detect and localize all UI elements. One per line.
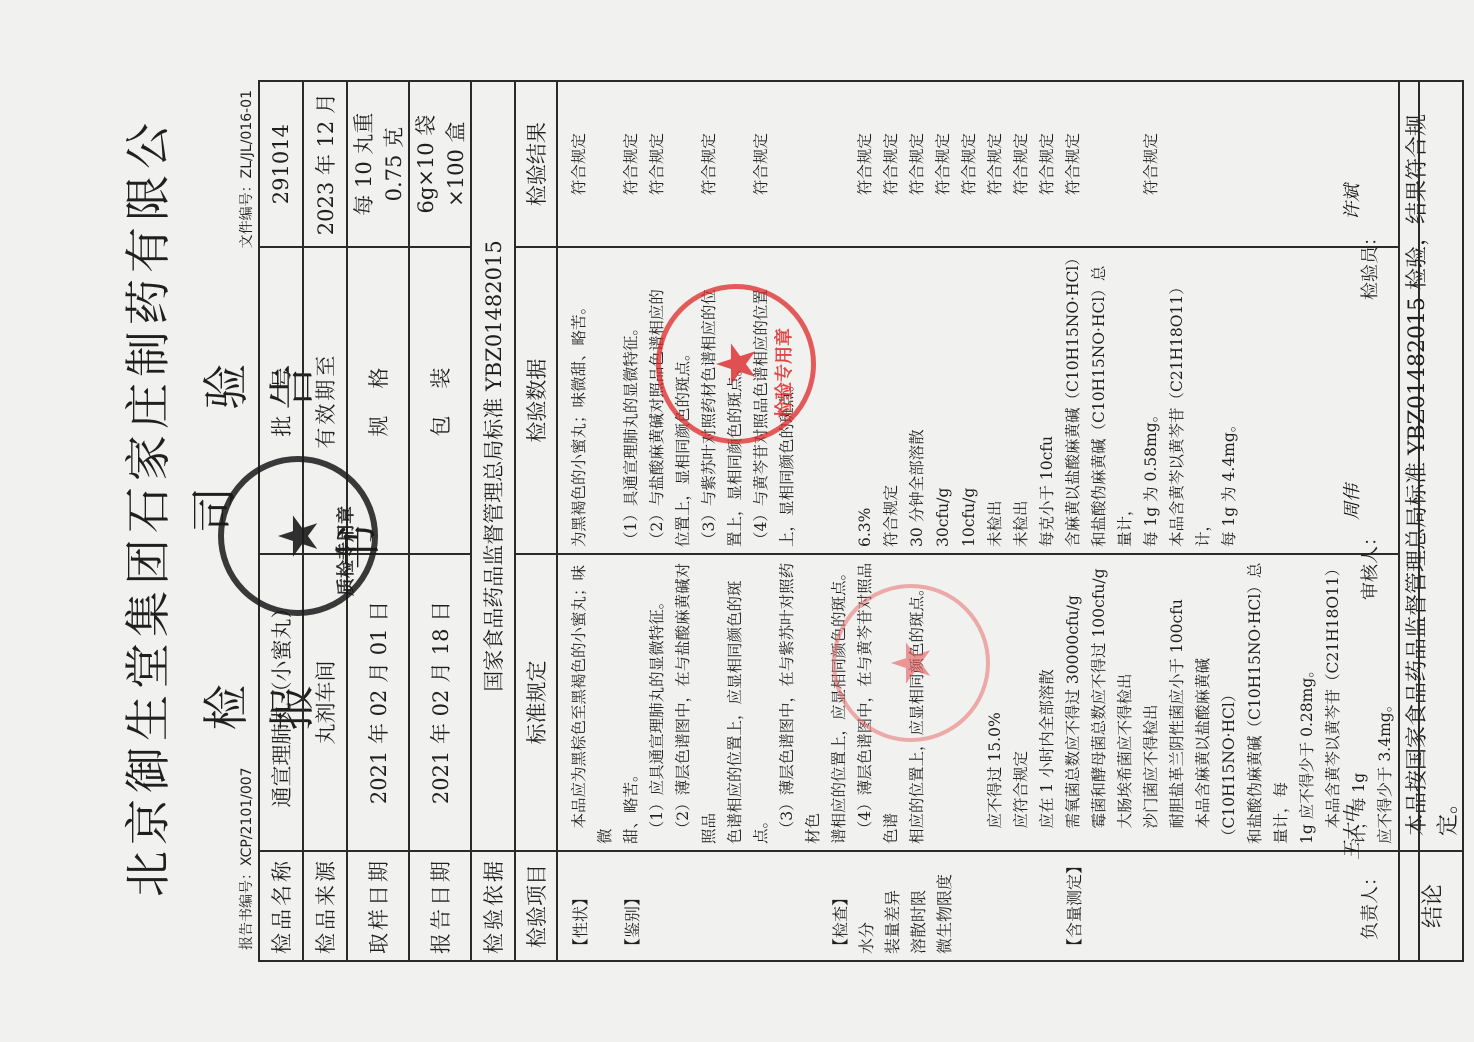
standard-line: 应不得过 15.0% <box>982 561 1008 844</box>
data-line: 每 1g 为 4.4mg。 <box>1216 254 1242 547</box>
data-line: 6.3% <box>852 254 878 547</box>
standard-line: 霉菌和酵母菌总数应不得过 100cfu/g <box>1086 561 1112 844</box>
report-table: 检品名称 通宣理肺丸（小蜜丸） 批 号 291014 检品来源 丸剂车间 有效期… <box>258 80 1464 962</box>
col-header-result: 检验结果 <box>515 81 557 247</box>
report-page: 北京御生堂集团石家庄制药有限公司 检 验 报 告 书 报告书编号：XCP/210… <box>0 0 1474 1042</box>
col-header-item: 检验项目 <box>515 851 557 961</box>
inspection-item <box>724 858 750 954</box>
result-line: 符合规定 <box>878 88 904 240</box>
data-line: 本品含黄芩以黄芩苷（C21H18O11）计， <box>1164 254 1216 547</box>
reviewer-label: 审核人： <box>1356 528 1382 600</box>
detail-row: 【性状】【鉴别】【检查】水分装量差异溶散时限微生物限度【含量测定】 本品应为黑棕… <box>557 81 1399 961</box>
signature-row: 负责人： 王大中 审核人： 周伟 检验员： 许斌 <box>1330 80 1420 962</box>
report-number: 报告书编号：XCP/2101/007 <box>236 767 256 950</box>
label-source: 检品来源 <box>303 851 347 961</box>
standard-line: 本品含麻黄以盐酸麻黄碱（C10H15NO·HCl） <box>1190 561 1242 844</box>
file-number: 文件编号：ZL/JL/016-01 <box>236 90 256 248</box>
value-basis: 国家食品药品监督管理总局标准 YBZ01482015 <box>471 81 515 851</box>
standard-line: （3）薄层色谱图中，在与紫苏叶对照药材色 <box>774 561 826 844</box>
standard-line: 应符合规定 <box>1008 561 1034 844</box>
standard-line: 大肠埃希菌应不得检出 <box>1112 561 1138 844</box>
standard-line: 沙门菌应不得检出 <box>1138 561 1164 844</box>
result-line: 符合规定 <box>852 88 878 240</box>
inspection-item: 【鉴别】 <box>620 858 646 954</box>
col-header-standard: 标准规定 <box>515 554 557 851</box>
result-line <box>1112 88 1138 240</box>
reviewer-signature: 周伟 <box>1338 484 1364 520</box>
standard-line: 和盐酸伪麻黄碱（C10H15NO·HCl）总量计，每 <box>1242 561 1294 844</box>
inspection-item <box>698 858 724 954</box>
result-line <box>722 88 748 240</box>
label-package: 包 装 <box>409 247 471 554</box>
inspection-item <box>802 858 828 954</box>
data-line: 和盐酸伪麻黄碱（C10H15NO·HCl）总量计， <box>1086 254 1138 547</box>
result-line <box>1164 88 1190 240</box>
result-line: 符合规定 <box>930 88 956 240</box>
inspector-signature: 许斌 <box>1338 184 1364 220</box>
quality-seal-label: 质检专用章 <box>332 506 358 596</box>
responsible-label: 负责人： <box>1356 868 1382 940</box>
standard-line: 本品应为黑棕色至黑褐色的小蜜丸；味微 <box>566 561 618 844</box>
value-package: 6g×10 袋×100 盒 <box>409 81 471 247</box>
result-line: 符合规定 <box>1138 88 1164 240</box>
result-line: 符合规定 <box>982 88 1008 240</box>
inspection-item <box>958 858 984 954</box>
data-line: 每 1g 为 0.58mg。 <box>1138 254 1164 547</box>
inspector-label: 检验员： <box>1356 228 1382 300</box>
standard-line: （2）薄层色谱图中，在与盐酸麻黄碱对照品 <box>670 561 722 844</box>
inspection-item: 【含量测定】 <box>1062 858 1088 954</box>
data-line: 30 分钟全部溶散 <box>904 254 930 547</box>
column-headers: 检验项目 标准规定 检验数据 检验结果 <box>515 81 557 961</box>
data-line: 含麻黄以盐酸麻黄碱（C10H15NO·HCl） <box>1060 254 1086 547</box>
standard-line: 1g 应不得少于 0.28mg。 <box>1294 561 1320 844</box>
inspection-item: 水分 <box>854 858 880 954</box>
inspection-item <box>672 858 698 954</box>
inspection-item <box>1010 858 1036 954</box>
data-line <box>592 254 618 547</box>
inspection-item: 装量差异 <box>880 858 906 954</box>
standard-line: 应在 1 小时内全部溶散 <box>1034 561 1060 844</box>
basis-row: 检验依据 国家食品药品监督管理总局标准 YBZ01482015 <box>471 81 515 961</box>
label-basis: 检验依据 <box>471 851 515 961</box>
inspection-items: 【性状】【鉴别】【检查】水分装量差异溶散时限微生物限度【含量测定】 <box>557 851 1399 961</box>
info-row: 报告日期 2021 年 02 月 18 日 包 装 6g×10 袋×100 盒 <box>409 81 471 961</box>
label-product-name: 检品名称 <box>259 851 303 961</box>
data-line: 30cfu/g <box>930 254 956 547</box>
faint-seal-stamp: ★ <box>832 584 990 742</box>
result-line: 符合规定 <box>904 88 930 240</box>
inspection-item: 溶散时限 <box>906 858 932 954</box>
inspection-item: 微生物限度 <box>932 858 958 954</box>
value-spec: 每 10 丸重 0.75 克 <box>347 81 409 247</box>
data-line: 符合规定 <box>878 254 904 547</box>
result-line: 符合规定 <box>748 88 774 240</box>
result-line: 符合规定 <box>618 88 644 240</box>
data-line: 每克小于 10cfu <box>1034 254 1060 547</box>
result-line: 符合规定 <box>696 88 722 240</box>
result-line <box>774 88 800 240</box>
star-icon: ★ <box>705 340 768 388</box>
col-header-data: 检验数据 <box>515 247 557 554</box>
data-line: 10cfu/g <box>956 254 982 547</box>
result-line <box>1086 88 1112 240</box>
result-line: 符合规定 <box>566 88 592 240</box>
inspection-item <box>1036 858 1062 954</box>
standard-line: 甜、略苦。 <box>618 561 644 844</box>
result-line <box>592 88 618 240</box>
value-report-date: 2021 年 02 月 18 日 <box>409 554 471 851</box>
result-line <box>800 88 826 240</box>
inspection-item: 【性状】 <box>568 858 594 954</box>
result-column: 符合规定符合规定符合规定符合规定符合规定符合规定符合规定符合规定符合规定符合规定… <box>557 81 1399 247</box>
inspection-item <box>984 858 1010 954</box>
value-sampling-date: 2021 年 02 月 01 日 <box>347 554 409 851</box>
result-line: 符合规定 <box>1008 88 1034 240</box>
responsible-signature: 王大中 <box>1338 806 1364 860</box>
inspection-item <box>750 858 776 954</box>
inspection-item: 【检查】 <box>828 858 854 954</box>
result-line: 符合规定 <box>1034 88 1060 240</box>
label-sampling-date: 取样日期 <box>347 851 409 961</box>
result-line: 符合规定 <box>1060 88 1086 240</box>
result-line: 符合规定 <box>956 88 982 240</box>
star-icon: ★ <box>267 512 330 560</box>
result-line: 符合规定 <box>644 88 670 240</box>
data-line: （1）具通宣理肺丸的显微特征。 <box>618 254 644 547</box>
inspection-seal-label: 检验专用章 <box>770 328 796 418</box>
inspection-item <box>594 858 620 954</box>
result-line <box>826 88 852 240</box>
value-expiry: 2023 年 12 月 <box>303 81 347 247</box>
inspection-item <box>646 858 672 954</box>
data-line <box>826 254 852 547</box>
standard-line: 耐胆盐革兰阴性菌应小于 100cfu <box>1164 561 1190 844</box>
data-line: 未检出 <box>982 254 1008 547</box>
data-line: 为黑褐色的小蜜丸；味微甜、略苦。 <box>566 254 592 547</box>
data-line: 未检出 <box>1008 254 1034 547</box>
result-line <box>670 88 696 240</box>
inspection-item <box>776 858 802 954</box>
standard-line: 色谱相应的位置上，应显相同颜色的斑点。 <box>722 561 774 844</box>
standard-line: 需氧菌总数应不得过 30000cfu/g <box>1060 561 1086 844</box>
standard-line: （1）应具通宣理肺丸的显微特征。 <box>644 561 670 844</box>
value-batch-no: 291014 <box>259 81 303 247</box>
star-icon: ★ <box>880 639 943 687</box>
label-report-date: 报告日期 <box>409 851 471 961</box>
